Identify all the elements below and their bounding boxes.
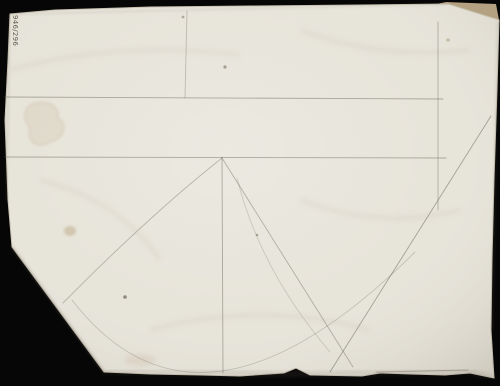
- scan-background: 946/296: [0, 0, 500, 386]
- speck-4: [446, 38, 450, 42]
- speck-2: [123, 295, 127, 299]
- stain-small: [64, 226, 76, 236]
- inventory-label: 946/296: [11, 15, 19, 46]
- speck-5: [182, 16, 185, 19]
- speck-1: [223, 65, 226, 68]
- stain-bottom-smudge: [124, 354, 156, 366]
- scanned-drawing: 946/296: [0, 0, 500, 386]
